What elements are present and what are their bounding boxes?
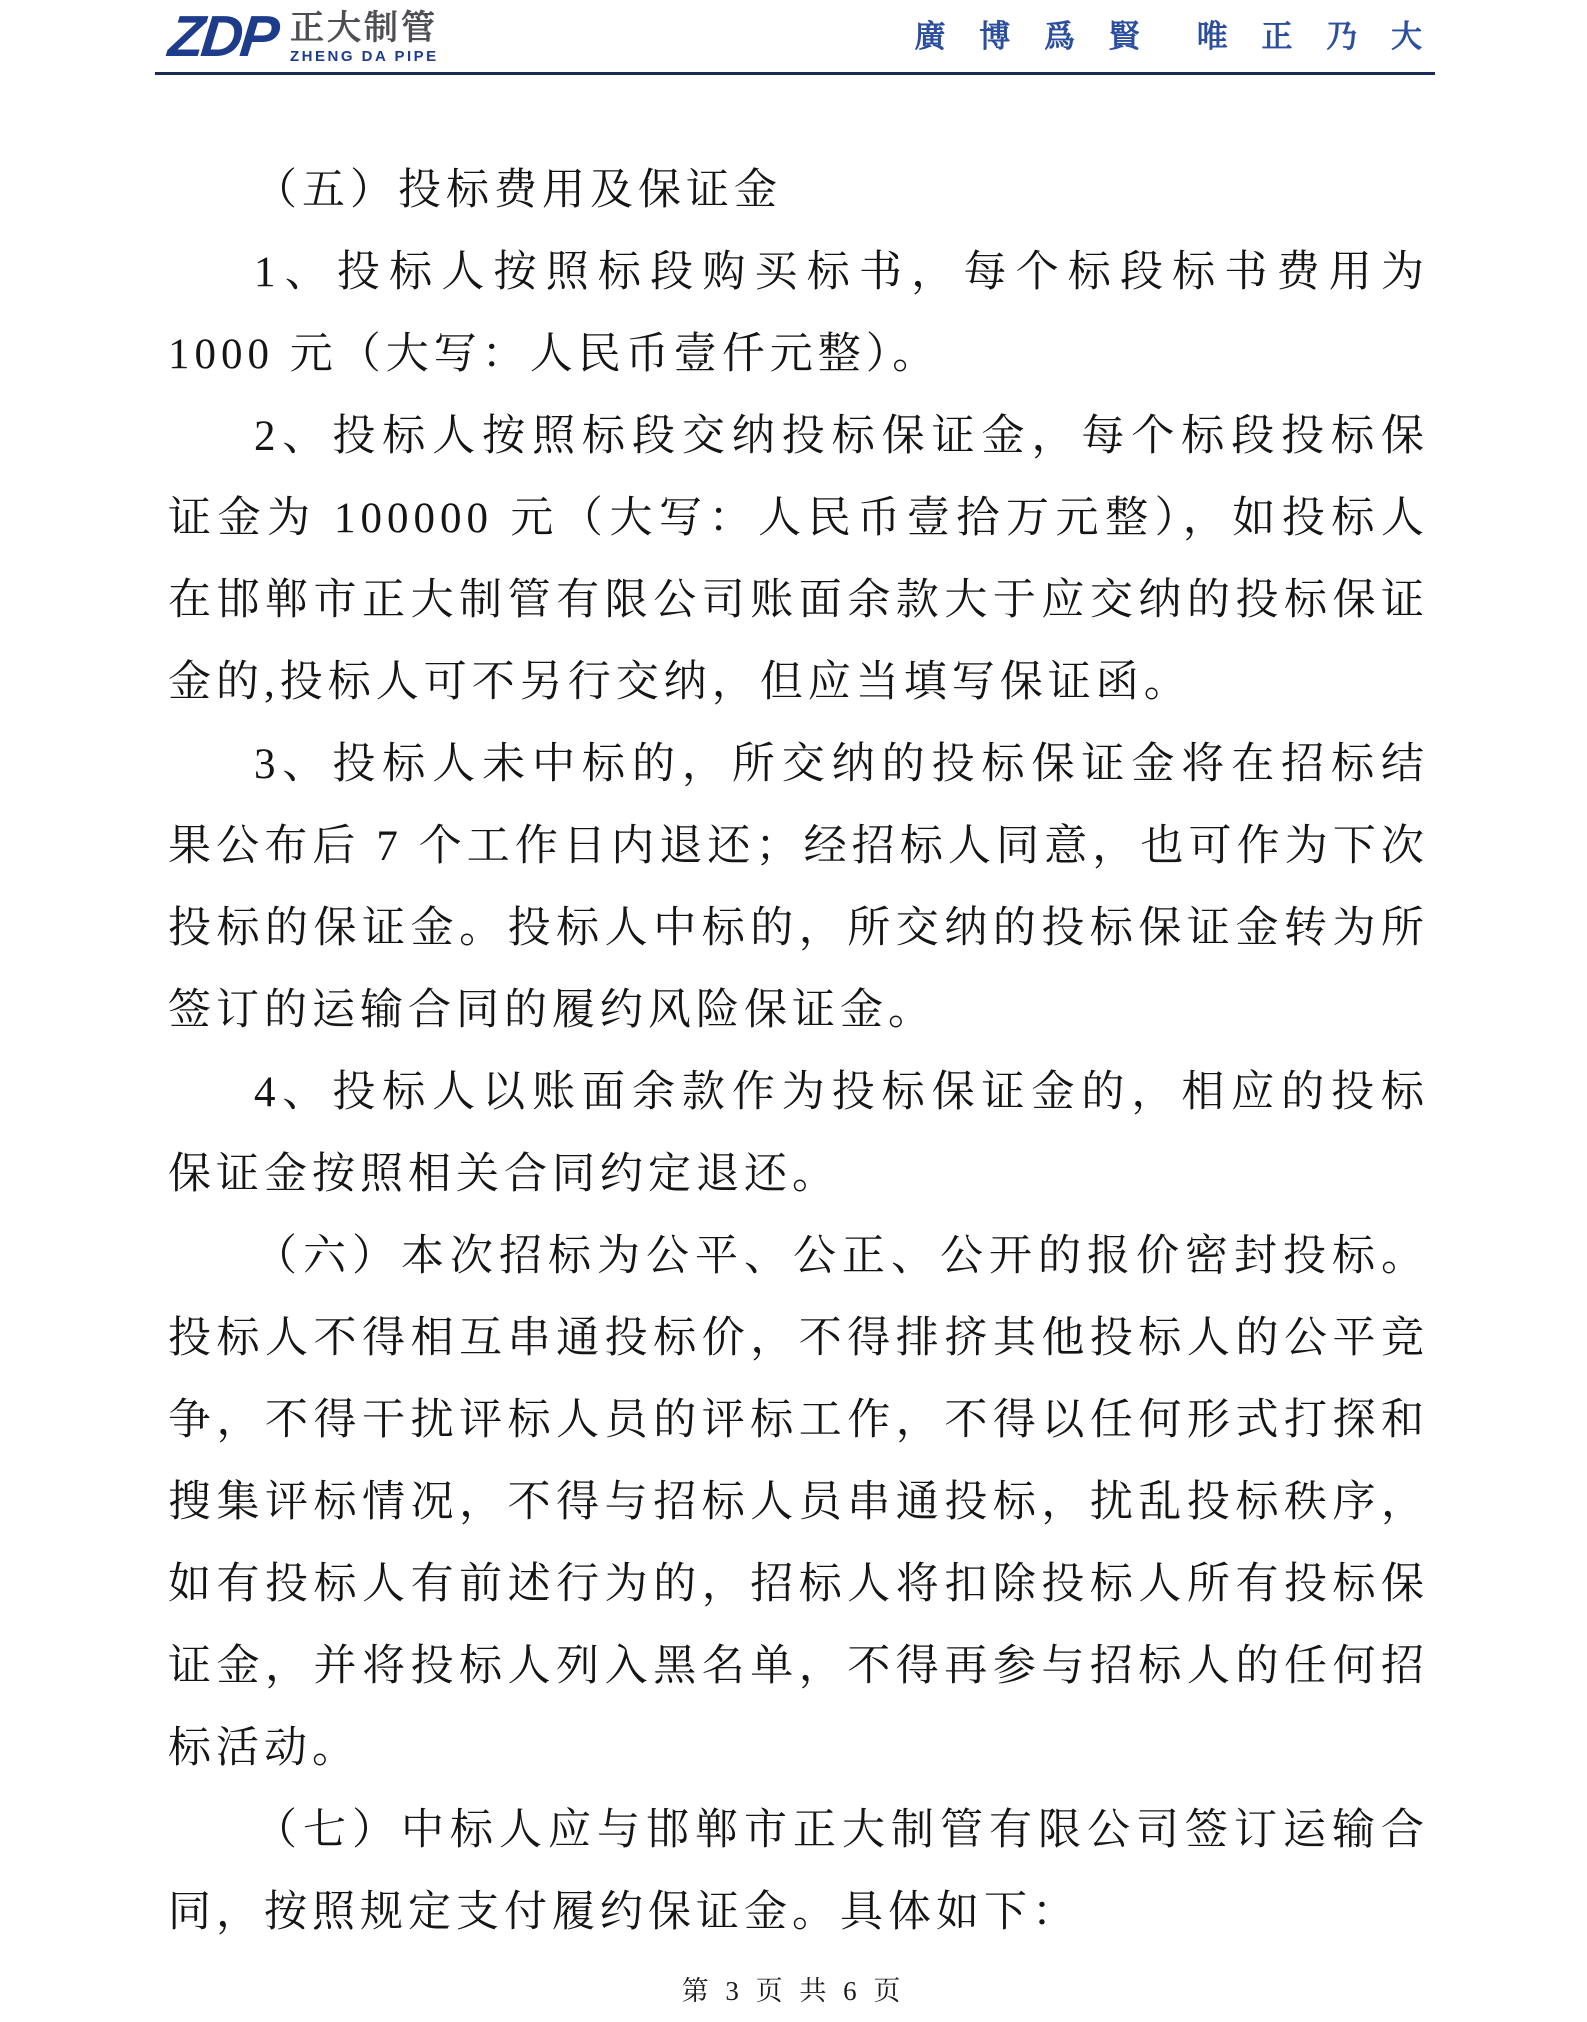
page-number-footer: 第 3 页 共 6 页 xyxy=(0,1969,1587,2008)
paragraph-section-6: （六）本次招标为公平、公正、公开的报价密封投标。投标人不得相互串通投标价，不得排… xyxy=(168,1216,1429,1790)
letterhead-rule: ZDP 正大制管 ZHENG DA PIPE 廣 博 爲 賢 唯 正 乃 大 xyxy=(155,0,1435,75)
paragraph-section-5-heading: （五）投标费用及保证金 xyxy=(168,150,1429,232)
company-name-english: ZHENG DA PIPE xyxy=(290,49,439,64)
document-page: ZDP 正大制管 ZHENG DA PIPE 廣 博 爲 賢 唯 正 乃 大 （… xyxy=(0,0,1587,2022)
zdp-logo-icon: ZDP xyxy=(166,8,279,66)
paragraph-section-7: （七）中标人应与邯郸市正大制管有限公司签订运输合同，按照规定支付履约保证金。具体… xyxy=(168,1790,1429,1954)
letterhead: ZDP 正大制管 ZHENG DA PIPE 廣 博 爲 賢 唯 正 乃 大 xyxy=(155,0,1435,75)
company-name-chinese: 正大制管 xyxy=(290,11,439,45)
paragraph-item-1: 1、投标人按照标段购买标书，每个标段标书费用为 1000 元（大写：人民币壹仟元… xyxy=(168,232,1429,396)
company-logo: ZDP 正大制管 ZHENG DA PIPE xyxy=(155,8,439,66)
company-name-block: 正大制管 ZHENG DA PIPE xyxy=(290,11,439,64)
paragraph-item-4: 4、投标人以账面余款作为投标保证金的，相应的投标保证金按照相关合同约定退还。 xyxy=(168,1052,1429,1216)
company-slogan: 廣 博 爲 賢 唯 正 乃 大 xyxy=(915,11,1436,66)
paragraph-item-2: 2、投标人按照标段交纳投标保证金，每个标段投标保证金为 100000 元（大写：… xyxy=(168,396,1429,724)
paragraph-item-3: 3、投标人未中标的，所交纳的投标保证金将在招标结果公布后 7 个工作日内退还；经… xyxy=(168,724,1429,1052)
document-body: （五）投标费用及保证金 1、投标人按照标段购买标书，每个标段标书费用为 1000… xyxy=(168,150,1429,1954)
